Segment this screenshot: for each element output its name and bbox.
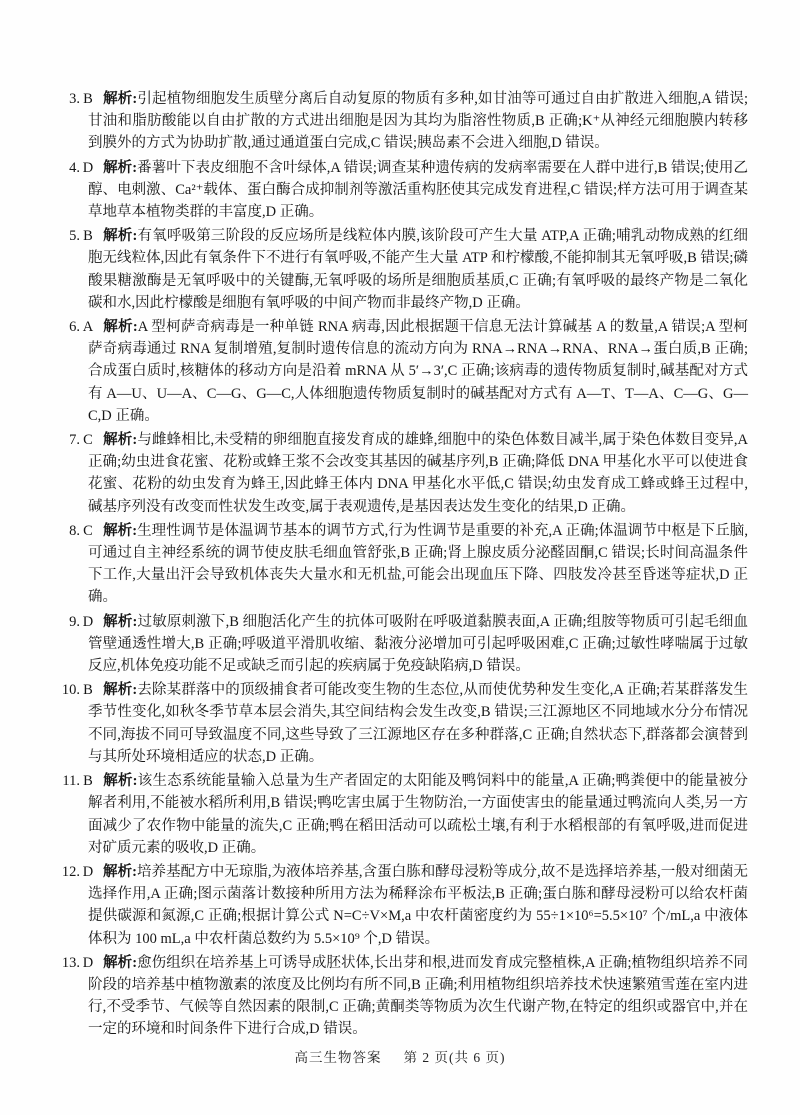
analysis-text: 去除某群落中的顶级捕食者可能改变生物的生态位,从而使优势种发生变化,A 正确;若…: [88, 682, 748, 765]
analysis-label: 解析:: [103, 319, 138, 335]
answer-item: 3.B解析:引起植物细胞发生质壁分离后自动复原的物质有多种,如甘油等可通过自由扩…: [60, 88, 748, 155]
analysis-text: 番薯叶下表皮细胞不含叶绿体,A 错误;调查某种遗传病的发病率需要在人群中进行,B…: [88, 160, 748, 220]
page-footer: 高三生物答案第 2 页(共 6 页): [0, 1046, 800, 1066]
item-answer: B: [82, 225, 94, 247]
analysis-text: 该生态系统能量输入总量为生产者固定的太阳能及鸭饲料中的能量,A 正确;鸭粪便中的…: [88, 773, 748, 856]
analysis-label: 解析:: [103, 432, 137, 448]
item-number: 7.: [60, 429, 80, 451]
answer-item: 4.D解析:番薯叶下表皮细胞不含叶绿体,A 错误;调查某种遗传病的发病率需要在人…: [60, 157, 748, 224]
answer-item: 13.D解析:愈伤组织在培养基上可诱导成胚状体,长出芽和根,进而发育成完整植株,…: [60, 952, 748, 1041]
analysis-label: 解析:: [103, 773, 138, 789]
analysis-label: 解析:: [103, 523, 137, 539]
analysis-label: 解析:: [103, 91, 137, 107]
item-answer: B: [82, 88, 94, 110]
item-answer: A: [82, 316, 94, 338]
analysis-text: 与雌蜂相比,未受精的卵细胞直接发育成的雄蜂,细胞中的染色体数目减半,属于染色体数…: [88, 432, 748, 515]
footer-doc-title: 高三生物答案: [295, 1050, 382, 1065]
analysis-text: 引起植物细胞发生质壁分离后自动复原的物质有多种,如甘油等可通过自由扩散进入细胞,…: [88, 91, 748, 151]
footer-page-number: 第 2 页(共 6 页): [404, 1050, 506, 1065]
analysis-text: 生理性调节是体温调节基本的调节方式,行为性调节是重要的补充,A 正确;体温调节中…: [88, 523, 748, 606]
answer-item: 8.C解析:生理性调节是体温调节基本的调节方式,行为性调节是重要的补充,A 正确…: [60, 520, 748, 609]
item-number: 13.: [60, 952, 80, 974]
item-number: 6.: [60, 316, 80, 338]
item-number: 5.: [60, 225, 80, 247]
item-answer: B: [82, 770, 94, 792]
answer-item: 11.B解析:该生态系统能量输入总量为生产者固定的太阳能及鸭饲料中的能量,A 正…: [60, 770, 748, 859]
analysis-label: 解析:: [103, 228, 137, 244]
answer-list: 3.B解析:引起植物细胞发生质壁分离后自动复原的物质有多种,如甘油等可通过自由扩…: [60, 88, 748, 1043]
answer-item: 9.D解析:过敏原刺激下,B 细胞活化产生的抗体可吸附在呼吸道黏膜表面,A 正确…: [60, 611, 748, 678]
answer-item: 6.A解析:A 型柯萨奇病毒是一种单链 RNA 病毒,因此根据题干信息无法计算碱…: [60, 316, 748, 427]
item-answer: C: [82, 520, 94, 542]
answer-item: 10.B解析:去除某群落中的顶级捕食者可能改变生物的生态位,从而使优势种发生变化…: [60, 679, 748, 768]
document-page: 3.B解析:引起植物细胞发生质壁分离后自动复原的物质有多种,如甘油等可通过自由扩…: [0, 0, 800, 1115]
item-answer: C: [82, 429, 94, 451]
item-number: 3.: [60, 88, 80, 110]
item-answer: D: [82, 157, 94, 179]
analysis-text: 培养基配方中无琼脂,为液体培养基,含蛋白胨和酵母浸粉等成分,故不是选择培养基,一…: [88, 864, 748, 947]
analysis-text: 有氧呼吸第三阶段的反应场所是线粒体内膜,该阶段可产生大量 ATP,A 正确;哺乳…: [88, 228, 748, 311]
item-answer: D: [82, 952, 94, 974]
analysis-label: 解析:: [103, 864, 137, 880]
answer-item: 12.D解析:培养基配方中无琼脂,为液体培养基,含蛋白胨和酵母浸粉等成分,故不是…: [60, 861, 748, 950]
item-number: 4.: [60, 157, 80, 179]
item-number: 11.: [60, 770, 80, 792]
item-number: 9.: [60, 611, 80, 633]
analysis-label: 解析:: [103, 682, 137, 698]
item-answer: D: [82, 861, 94, 883]
item-answer: D: [82, 611, 94, 633]
analysis-text: 愈伤组织在培养基上可诱导成胚状体,长出芽和根,进而发育成完整植株,A 正确;植物…: [88, 955, 748, 1038]
analysis-text: 过敏原刺激下,B 细胞活化产生的抗体可吸附在呼吸道黏膜表面,A 正确;组胺等物质…: [88, 614, 748, 674]
analysis-label: 解析:: [103, 160, 137, 176]
analysis-label: 解析:: [103, 955, 137, 971]
answer-item: 7.C解析:与雌蜂相比,未受精的卵细胞直接发育成的雄蜂,细胞中的染色体数目减半,…: [60, 429, 748, 518]
item-number: 8.: [60, 520, 80, 542]
item-number: 12.: [60, 861, 80, 883]
analysis-label: 解析:: [103, 614, 137, 630]
item-number: 10.: [60, 679, 80, 701]
analysis-text: A 型柯萨奇病毒是一种单链 RNA 病毒,因此根据题干信息无法计算碱基 A 的数…: [88, 319, 748, 424]
item-answer: B: [82, 679, 94, 701]
answer-item: 5.B解析:有氧呼吸第三阶段的反应场所是线粒体内膜,该阶段可产生大量 ATP,A…: [60, 225, 748, 314]
